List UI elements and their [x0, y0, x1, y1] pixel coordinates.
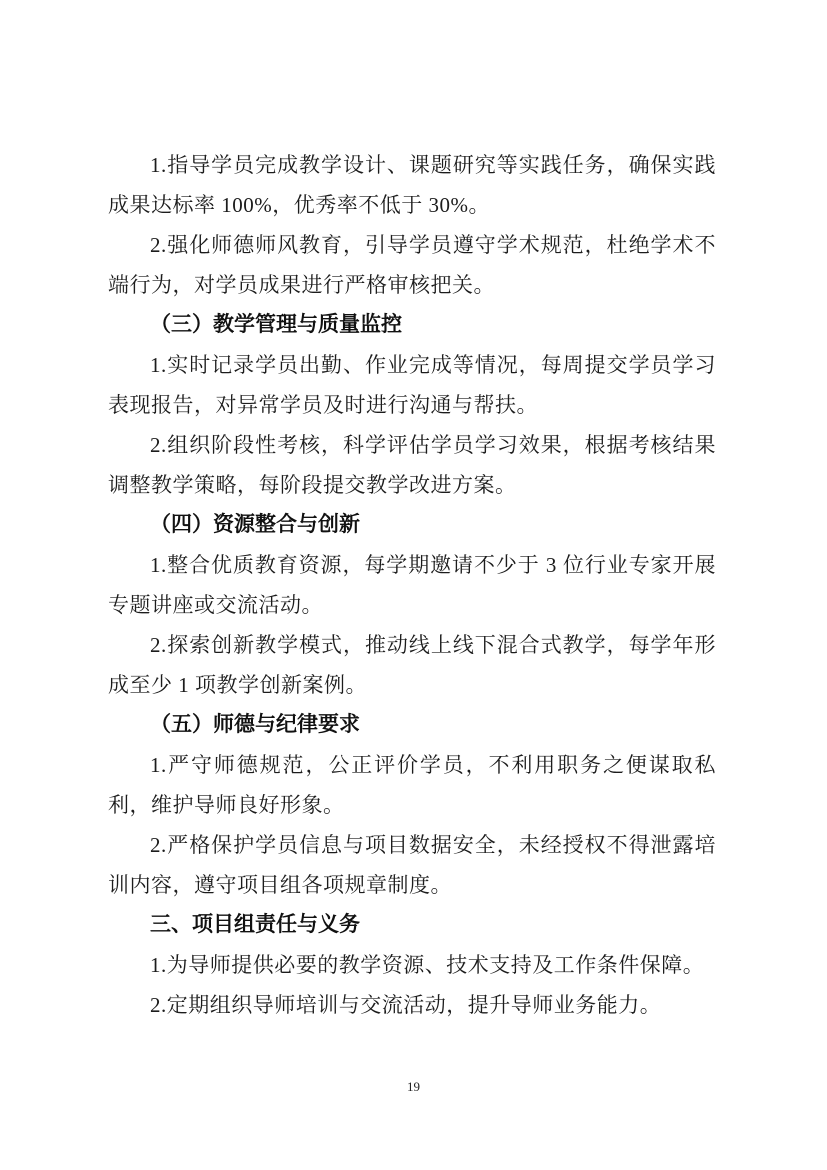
- paragraph-mentor-training: 2.定期组织导师培训与交流活动，提升导师业务能力。: [108, 985, 716, 1025]
- section-heading-5-ethics-discipline: （五）师德与纪律要求: [108, 705, 716, 745]
- paragraph-innovative-teaching: 2.探索创新教学模式，推动线上线下混合式教学，每学年形成至少 1 项教学创新案例…: [108, 625, 716, 705]
- section-heading-project-team-duties: 三、项目组责任与义务: [108, 905, 716, 945]
- page-number: 19: [0, 1079, 827, 1095]
- section-heading-3-teaching-management: （三）教学管理与质量监控: [108, 305, 716, 345]
- document-body: 1.指导学员完成教学设计、课题研究等实践任务，确保实践成果达标率 100%，优秀…: [108, 145, 716, 1025]
- paragraph-fair-evaluation: 1.严守师德规范，公正评价学员，不利用职务之便谋取私利，维护导师良好形象。: [108, 745, 716, 825]
- paragraph-ethics-education: 2.强化师德师风教育，引导学员遵守学术规范，杜绝学术不端行为，对学员成果进行严格…: [108, 225, 716, 305]
- paragraph-stage-assessment: 2.组织阶段性考核，科学评估学员学习效果，根据考核结果调整教学策略，每阶段提交教…: [108, 425, 716, 505]
- paragraph-expert-lectures: 1.整合优质教育资源，每学期邀请不少于 3 位行业专家开展专题讲座或交流活动。: [108, 545, 716, 625]
- paragraph-guide-tasks: 1.指导学员完成教学设计、课题研究等实践任务，确保实践成果达标率 100%，优秀…: [108, 145, 716, 225]
- paragraph-data-security: 2.严格保护学员信息与项目数据安全，未经授权不得泄露培训内容，遵守项目组各项规章…: [108, 825, 716, 905]
- document-page: 1.指导学员完成教学设计、课题研究等实践任务，确保实践成果达标率 100%，优秀…: [0, 0, 827, 1170]
- paragraph-provide-resources: 1.为导师提供必要的教学资源、技术支持及工作条件保障。: [108, 945, 716, 985]
- section-heading-4-resource-integration: （四）资源整合与创新: [108, 505, 716, 545]
- paragraph-attendance-records: 1.实时记录学员出勤、作业完成等情况，每周提交学员学习表现报告，对异常学员及时进…: [108, 345, 716, 425]
